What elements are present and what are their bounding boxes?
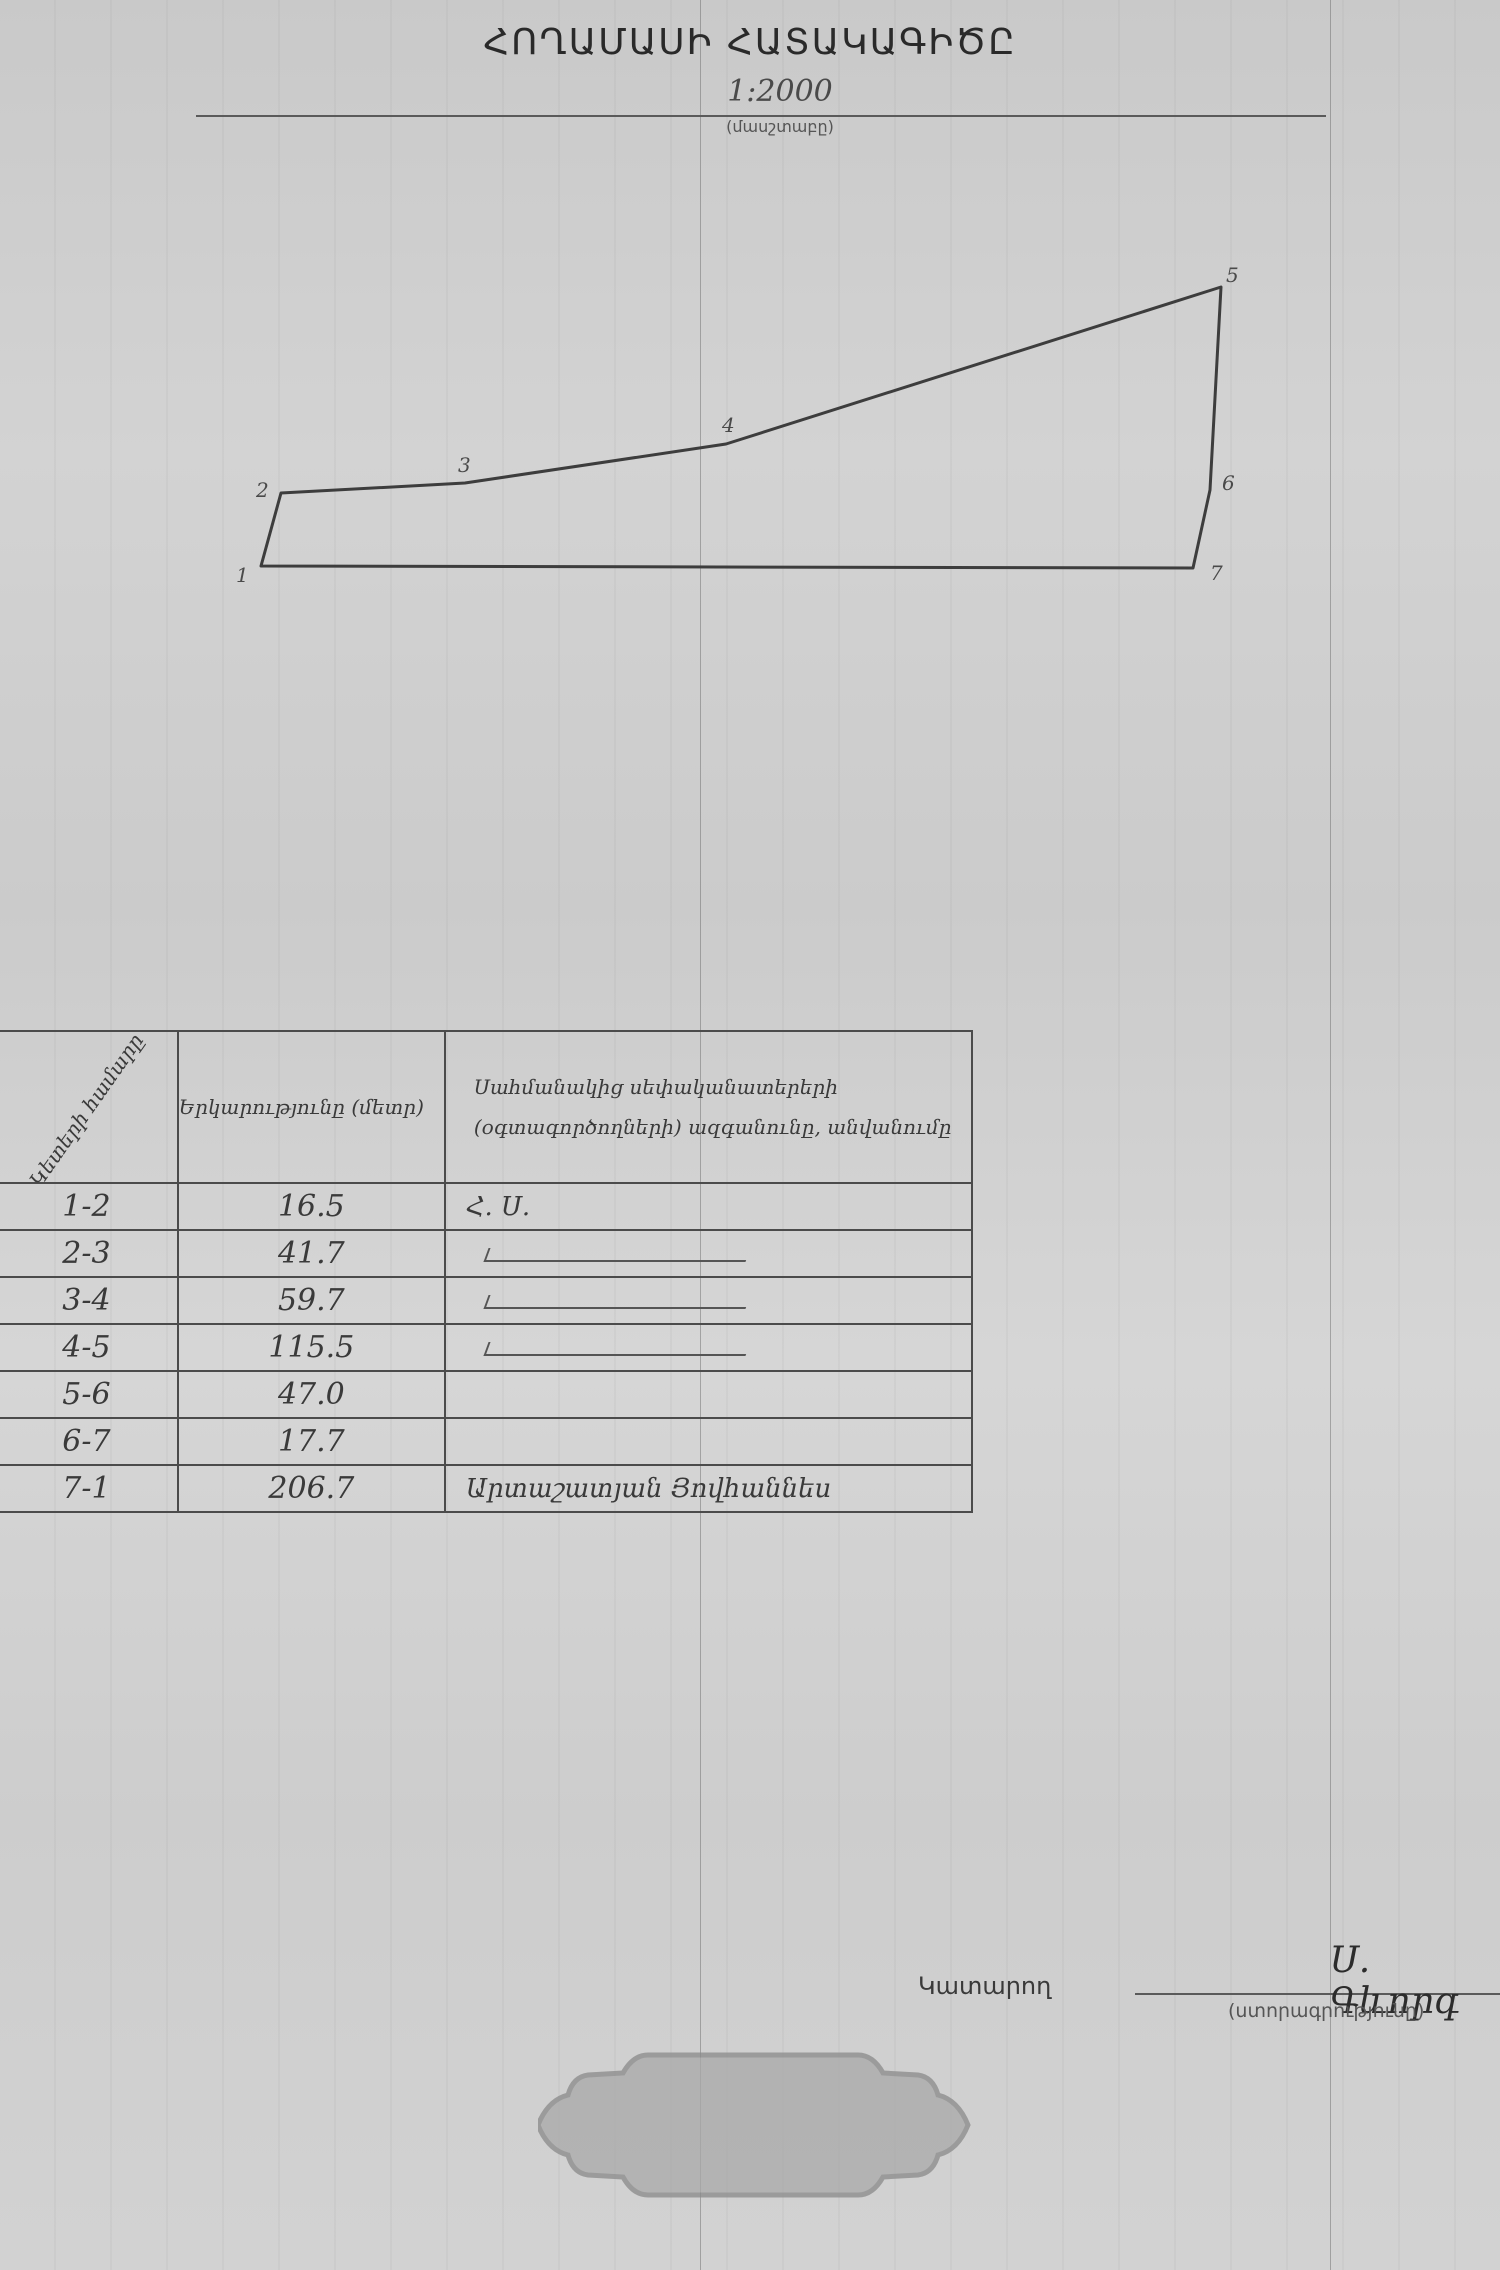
neighbor-cell: [445, 1371, 972, 1418]
table-row: 7-1 206.7 Արտաշատյան Յովհաննես: [0, 1465, 972, 1512]
neighbor-cell: [445, 1230, 972, 1277]
segment-cell: 2-3: [0, 1230, 178, 1277]
stamp-cartouche-icon: [538, 2045, 998, 2205]
length-cell: 47.0: [178, 1371, 445, 1418]
neighbor-cell: [445, 1324, 972, 1371]
neighbor-cell: [445, 1418, 972, 1465]
point-label-3: 3: [458, 453, 471, 477]
signature-caption: (ստորագրությունը): [1228, 2000, 1424, 2022]
ditto-mark: [483, 1295, 750, 1309]
point-label-1: 1: [236, 563, 249, 587]
neighbor-cell: Հ. Ս.: [445, 1183, 972, 1230]
point-label-4: 4: [721, 413, 735, 437]
length-cell: 115.5: [178, 1324, 445, 1371]
table-row: 3-4 59.7: [0, 1277, 972, 1324]
plot-boundary: [261, 287, 1221, 568]
table-row: 2-3 41.7: [0, 1230, 972, 1277]
table-row: 4-5 115.5: [0, 1324, 972, 1371]
length-cell: 17.7: [178, 1418, 445, 1465]
table-row: 1-2 16.5 Հ. Ս.: [0, 1183, 972, 1230]
neighbor-cell: Արտաշատյան Յովհաննես: [445, 1465, 972, 1512]
segment-cell: 3-4: [0, 1277, 178, 1324]
length-cell: 206.7: [178, 1465, 445, 1512]
point-label-2: 2: [255, 478, 269, 502]
land-plot-plan: 1 2 3 4 5 6 7: [0, 0, 1500, 620]
point-label-7: 7: [1210, 561, 1223, 585]
segment-cell: 1-2: [0, 1183, 178, 1230]
ditto-mark: [483, 1248, 750, 1262]
segment-cell: 6-7: [0, 1418, 178, 1465]
performer-label: Կատարող: [918, 1972, 1051, 2000]
boundary-table: Կետերի համարը Երկարությունը (մետր) Սահմա…: [0, 1030, 973, 1513]
table-row: 6-7 17.7: [0, 1418, 972, 1465]
length-cell: 41.7: [178, 1230, 445, 1277]
length-cell: 59.7: [178, 1277, 445, 1324]
header-neighbor: Սահմանակից սեփականատերերի (օգտագործողներ…: [445, 1031, 972, 1183]
segment-cell: 5-6: [0, 1371, 178, 1418]
table-row: 5-6 47.0: [0, 1371, 972, 1418]
length-cell: 16.5: [178, 1183, 445, 1230]
point-label-6: 6: [1222, 471, 1235, 495]
point-label-5: 5: [1226, 263, 1239, 287]
segment-cell: 4-5: [0, 1324, 178, 1371]
neighbor-cell: [445, 1277, 972, 1324]
table-header-row: Կետերի համարը Երկարությունը (մետր) Սահմա…: [0, 1031, 972, 1183]
segment-cell: 7-1: [0, 1465, 178, 1512]
ditto-mark: [483, 1342, 750, 1356]
header-length: Երկարությունը (մետր): [178, 1031, 445, 1183]
header-segment: Կետերի համարը: [0, 1031, 178, 1183]
